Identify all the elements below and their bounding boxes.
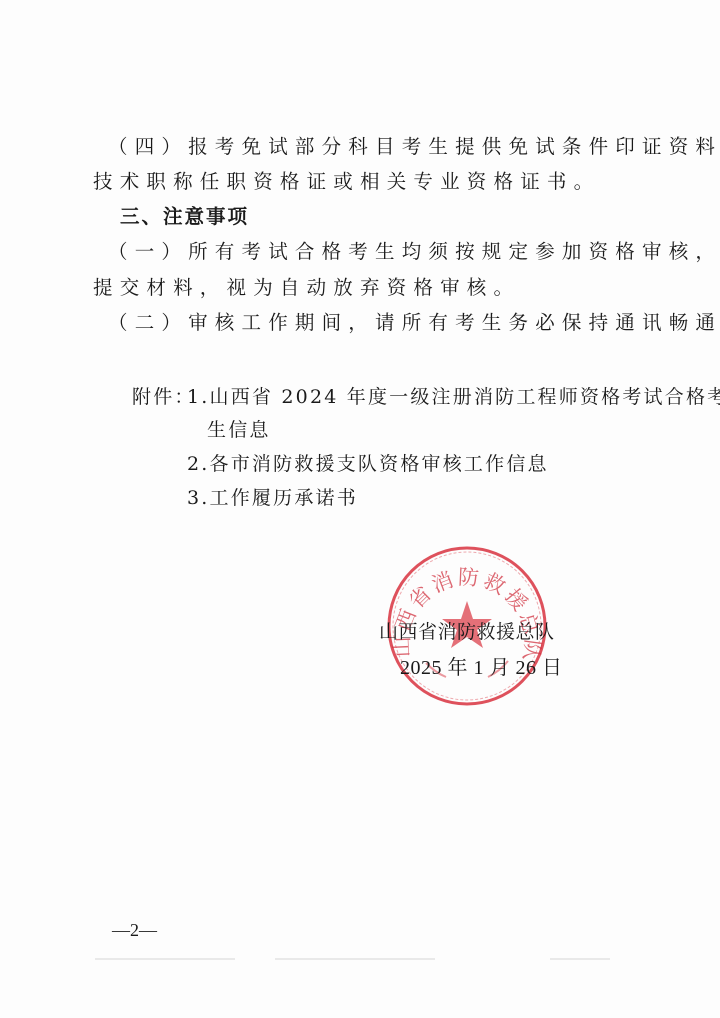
attachment-1-line-1: 1.山西省 2024 年度一级注册消防工程师资格考试合格考 [187, 384, 720, 410]
attachment-2: 2.各市消防救援支队资格审核工作信息 [187, 451, 549, 477]
note-1-line-2: 提交材料，视为自动放弃资格审核。 [93, 275, 520, 301]
note-2-line-1: （二）审核工作期间，请所有考生务必保持通讯畅通。 [108, 310, 720, 336]
attachment-3: 3.工作履历承诺书 [187, 485, 358, 511]
attachment-1-line-2: 生信息 [207, 417, 271, 443]
paragraph-4-line-2: 技术职称任职资格证或相关专业资格证书。 [93, 169, 600, 195]
page-number: —2— [112, 920, 157, 941]
note-1-line-1: （一）所有考试合格考生均须按规定参加资格审核，逾期未 [108, 239, 720, 265]
signature-organization: 山西省消防救援总队 [379, 619, 555, 645]
scan-artifact [95, 958, 235, 960]
paragraph-4-line-1: （四）报考免试部分科目考生提供免试条件印证资料：专业 [108, 134, 720, 160]
scan-artifact [550, 958, 610, 960]
section-heading-notes: 三、注意事项 [120, 204, 249, 230]
scan-artifact [275, 958, 435, 960]
signature-date: 2025 年 1 月 26 日 [400, 655, 563, 681]
